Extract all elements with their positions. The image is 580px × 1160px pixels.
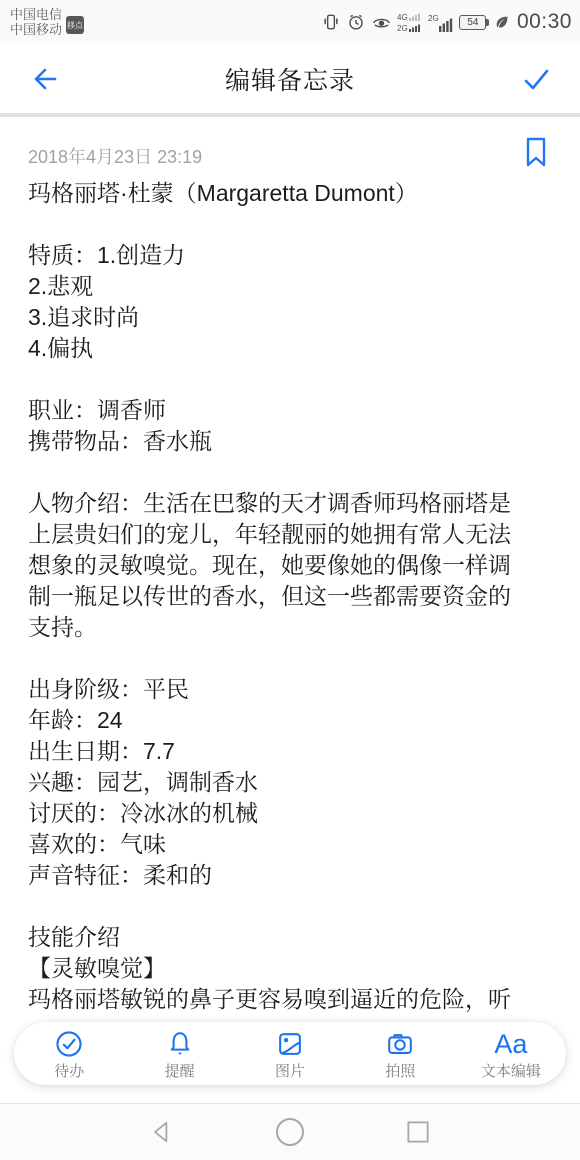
confirm-button[interactable] (516, 59, 556, 99)
sim2-2g-label: 2G (428, 14, 439, 23)
note-editor: 2018年4月23日 23:19 玛格丽塔·杜蒙（Margaretta Dumo… (0, 117, 580, 1102)
image-icon (275, 1029, 305, 1059)
note-toolbar: 待办 提醒 图片 (14, 1022, 566, 1085)
carrier-line1: 中国电信 (10, 7, 62, 22)
nav-home-button[interactable] (274, 1116, 306, 1148)
android-nav-bar (0, 1103, 580, 1160)
toolbar-label: 拍照 (385, 1060, 415, 1081)
sim1-4g-label: 4G (397, 13, 408, 22)
toolbar-item-text-edit[interactable]: Aa 文本编辑 (456, 1026, 566, 1081)
carrier-labels: 中国电信 中国移动 (10, 7, 62, 37)
toolbar-label: 文本编辑 (481, 1060, 541, 1081)
toolbar-item-picture[interactable]: 图片 (235, 1026, 345, 1081)
camera-icon (385, 1029, 415, 1059)
bookmark-icon (522, 135, 550, 169)
battery-percent: 54 (467, 17, 478, 28)
check-icon (519, 62, 553, 96)
back-triangle-icon (148, 1118, 176, 1146)
carrier-line2: 中国移动 (10, 22, 62, 37)
note-date: 2018年4月23日 23:19 (28, 147, 202, 167)
note-body-text[interactable]: 玛格丽塔·杜蒙（Margaretta Dumont） 特质：1.创造力 2.悲观… (0, 178, 523, 1015)
back-button[interactable] (24, 59, 64, 99)
recents-square-icon (404, 1118, 432, 1146)
signal-sim2-icon: 2G (428, 11, 454, 33)
page-title: 编辑备忘录 (225, 61, 355, 97)
eye-comfort-icon (371, 12, 392, 32)
toolbar-item-todo[interactable]: 待办 (14, 1026, 124, 1081)
date-row: 2018年4月23日 23:19 (0, 117, 580, 169)
status-bar: 中国电信 中国移动 移点 (0, 0, 580, 44)
toolbar-label: 待办 (54, 1060, 84, 1081)
alarm-icon (346, 12, 366, 32)
carrier-badge: 移点 (66, 16, 84, 34)
clock-time: 00:30 (517, 10, 572, 34)
phone-screen: 中国电信 中国移动 移点 (0, 0, 580, 1160)
header: 编辑备忘录 (0, 44, 580, 113)
toolbar-label: 图片 (275, 1060, 305, 1081)
todo-check-icon (54, 1029, 84, 1059)
home-circle-icon (274, 1116, 306, 1148)
toolbar-label: 提醒 (165, 1060, 195, 1081)
toolbar-item-camera[interactable]: 拍照 (345, 1026, 455, 1081)
nav-recents-button[interactable] (402, 1116, 434, 1148)
power-saving-leaf-icon (494, 14, 510, 30)
sim1-2g-label: 2G (397, 24, 408, 33)
text-edit-icon: Aa (494, 1030, 527, 1058)
toolbar-item-reminder[interactable]: 提醒 (124, 1026, 234, 1081)
vibrate-icon (321, 12, 341, 32)
back-arrow-icon (28, 63, 60, 95)
status-icons: 4G 2G 2G 54 00:3 (321, 10, 572, 34)
battery-indicator: 54 (459, 15, 489, 30)
signal-sim1-icon: 4G 2G (397, 11, 423, 33)
carrier-info: 中国电信 中国移动 移点 (10, 7, 84, 37)
bell-icon (165, 1029, 195, 1059)
nav-back-button[interactable] (146, 1116, 178, 1148)
bookmark-button[interactable] (518, 132, 554, 172)
